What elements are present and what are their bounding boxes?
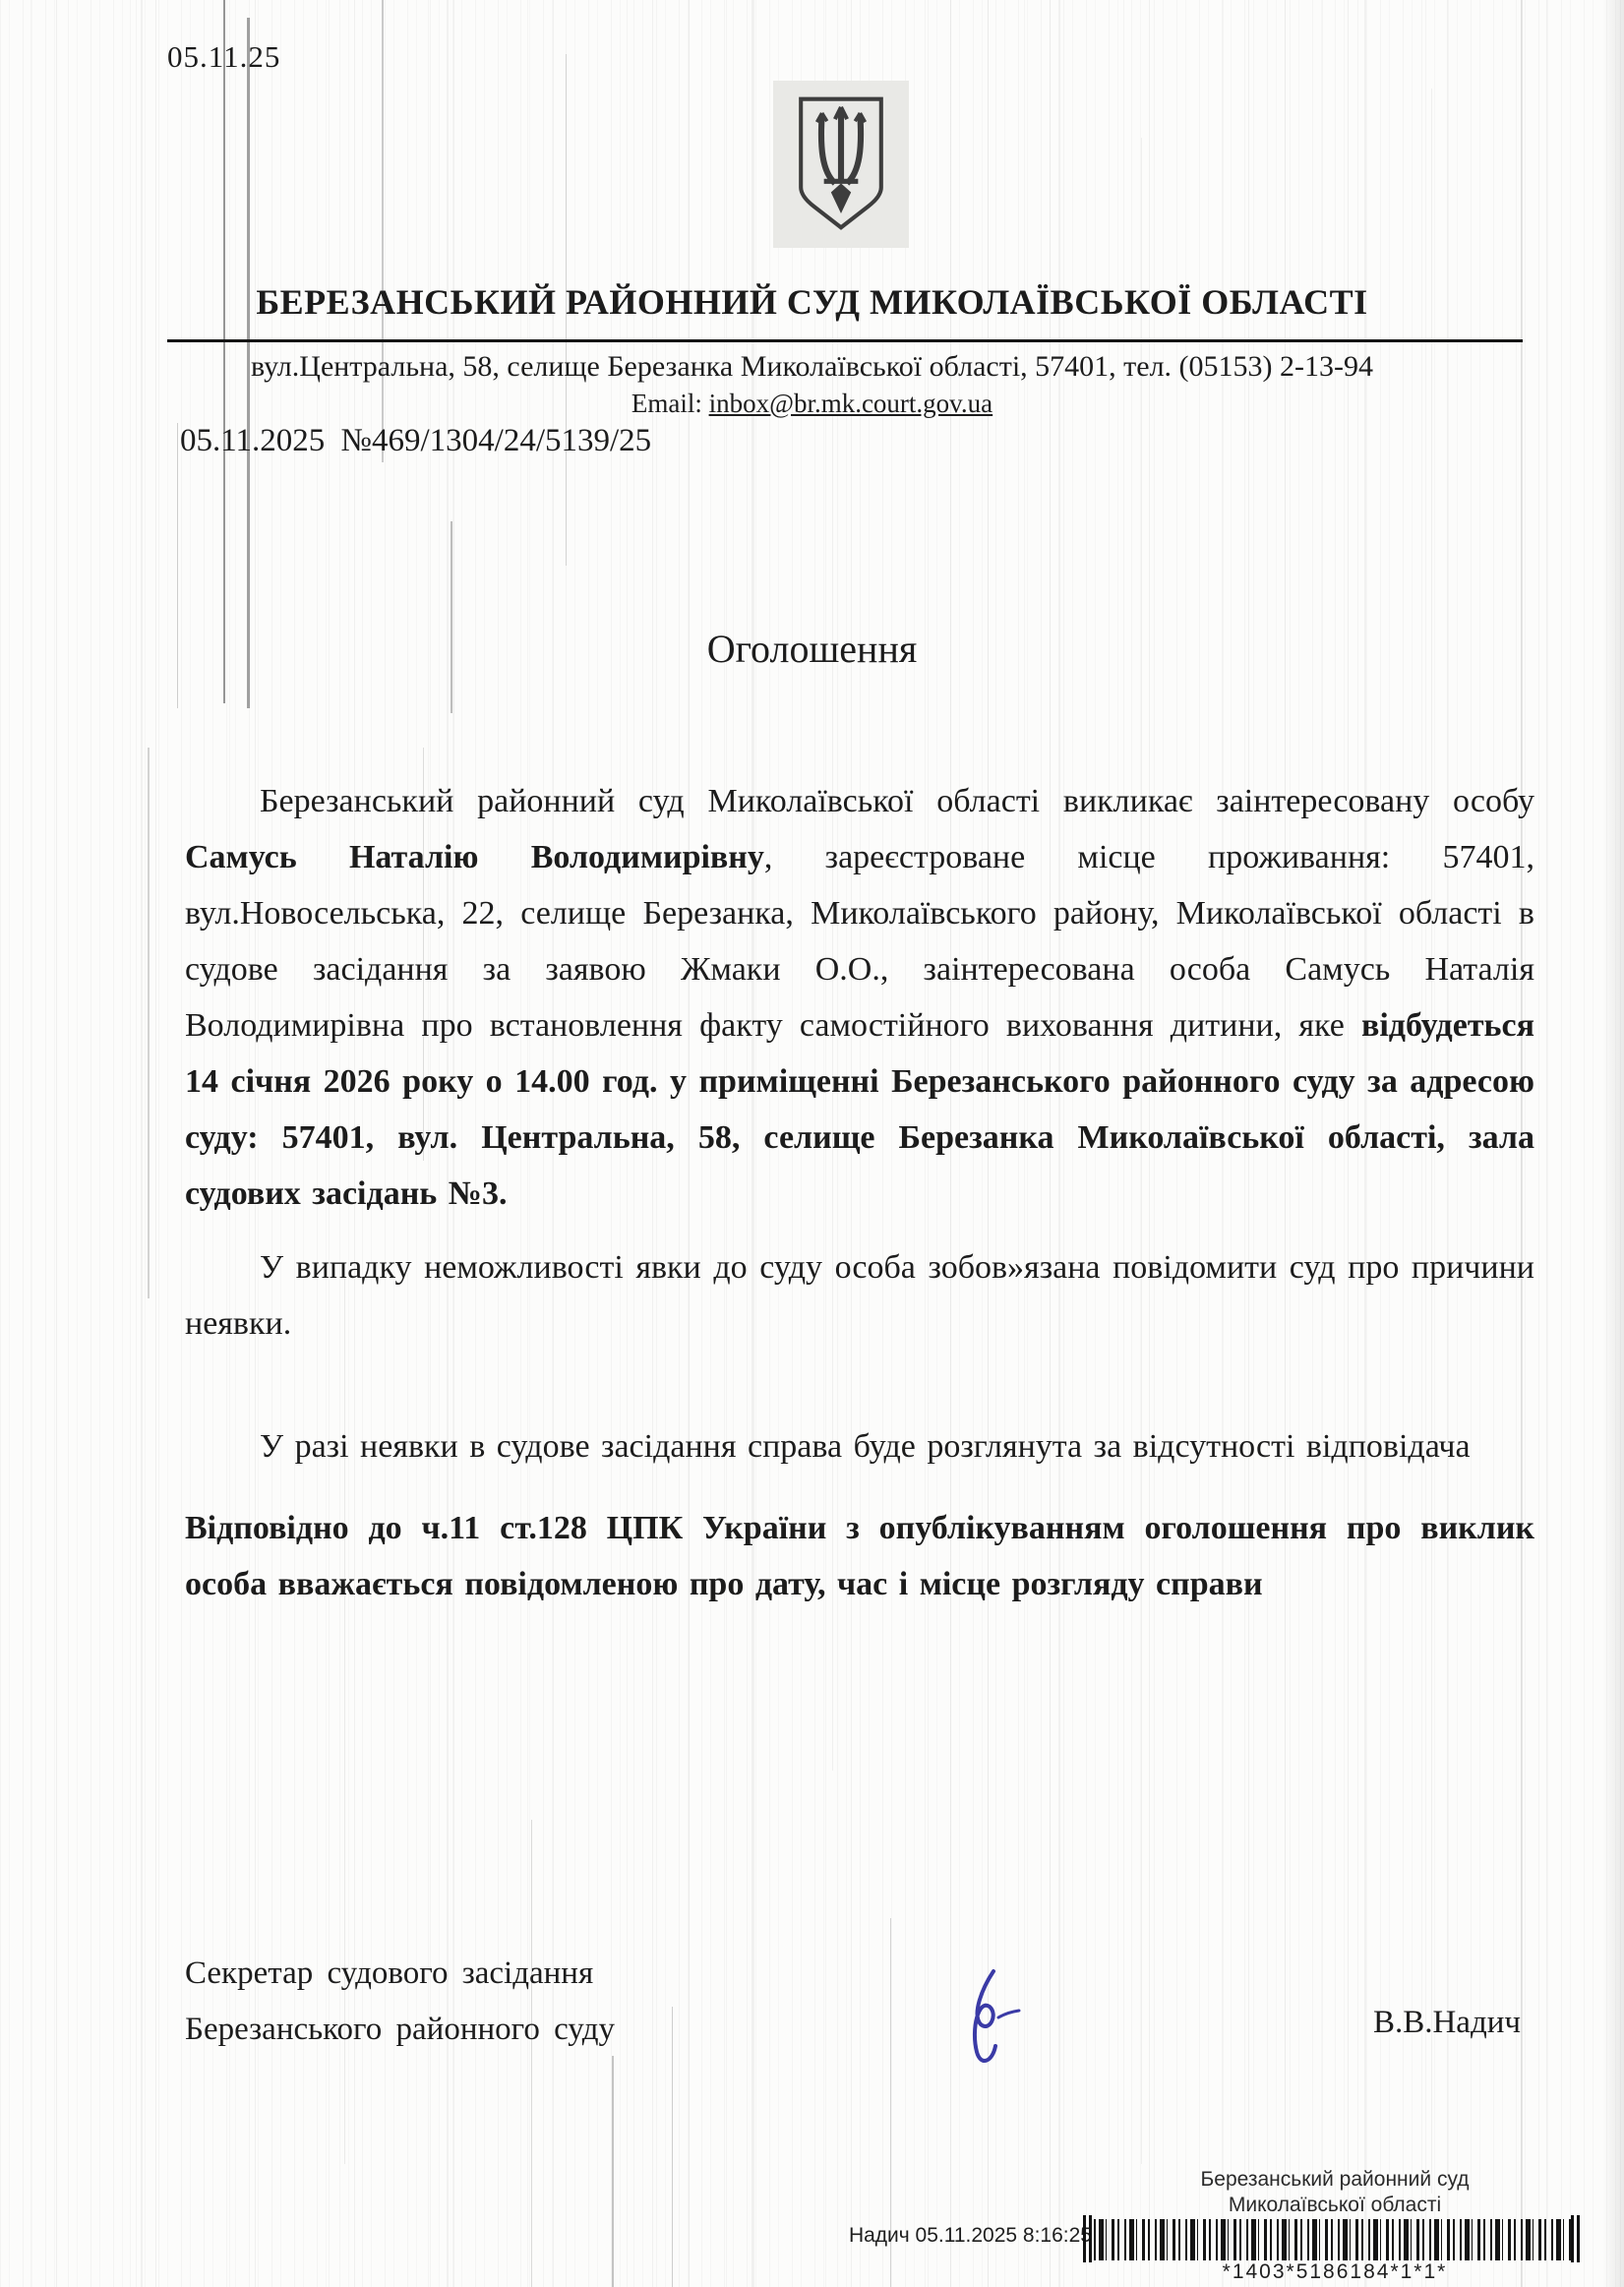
barcode-text: *1403*5186184*1*1* (1089, 2260, 1581, 2284)
footer-court-line1: Березанський районний суд (1089, 2168, 1581, 2192)
text-run: У разі неявки в судове засідання справа … (260, 1428, 1471, 1465)
paragraph: Березанський районний суд Миколаївської … (185, 773, 1534, 1222)
paragraph: У разі неявки в судове засідання справа … (185, 1418, 1534, 1475)
document-title: Оголошення (0, 626, 1624, 672)
handwritten-signature (936, 1963, 1030, 2086)
document-body: Березанський районний суд Миколаївської … (185, 773, 1534, 1612)
barcode-icon (1094, 2219, 1574, 2260)
ukraine-trident-emblem-icon (791, 92, 891, 236)
coat-of-arms-box (773, 81, 909, 248)
court-email-line: Email: inbox@br.mk.court.gov.ua (0, 389, 1624, 419)
text-run: Самусь Наталію Володимирівну (185, 839, 764, 875)
footer-court-line2: Миколаївської області (1089, 2194, 1581, 2217)
header-rule (167, 339, 1523, 342)
court-address: вул.Центральна, 58, селище Березанка Мик… (0, 350, 1624, 384)
scan-streak (451, 521, 452, 713)
document-date-number: 05.11.2025 №469/1304/24/5139/25 (180, 423, 651, 459)
scan-edge-shade (1602, 0, 1624, 2287)
signature-role-line1: Секретар судового засідання (185, 1946, 873, 2002)
paragraph: Відповідно до ч.11 ст.128 ЦПК України з … (185, 1500, 1534, 1612)
corner-date: 05.11.25 (167, 39, 280, 75)
email-value: inbox@br.mk.court.gov.ua (709, 389, 993, 418)
email-label: Email: (632, 389, 709, 418)
signature-name: В.В.Надич (1373, 2005, 1521, 2041)
text-run: У випадку неможливості явки до суду особ… (185, 1249, 1534, 1342)
signature-role-block: Секретар судового засідання Березанськог… (185, 1946, 873, 2058)
footer-stamp-text: Надич 05.11.2025 8:16:25 (807, 2224, 1092, 2248)
text-run: Березанський районний суд Миколаївської … (260, 783, 1534, 819)
scan-streak (612, 2056, 614, 2287)
scanned-document-page: 05.11.25 БЕРЕЗАНСЬКИЙ РАЙОННИЙ СУД МИКОЛ… (0, 0, 1624, 2287)
paragraph: У випадку неможливості явки до суду особ… (185, 1239, 1534, 1352)
court-name-heading: БЕРЕЗАНСЬКИЙ РАЙОННИЙ СУД МИКОЛАЇВСЬКОЇ … (0, 281, 1624, 323)
scan-streak (148, 748, 150, 1298)
text-run: Відповідно до ч.11 ст.128 ЦПК України з … (185, 1510, 1534, 1602)
signature-role-line2: Березанського районного суду (185, 2002, 873, 2058)
